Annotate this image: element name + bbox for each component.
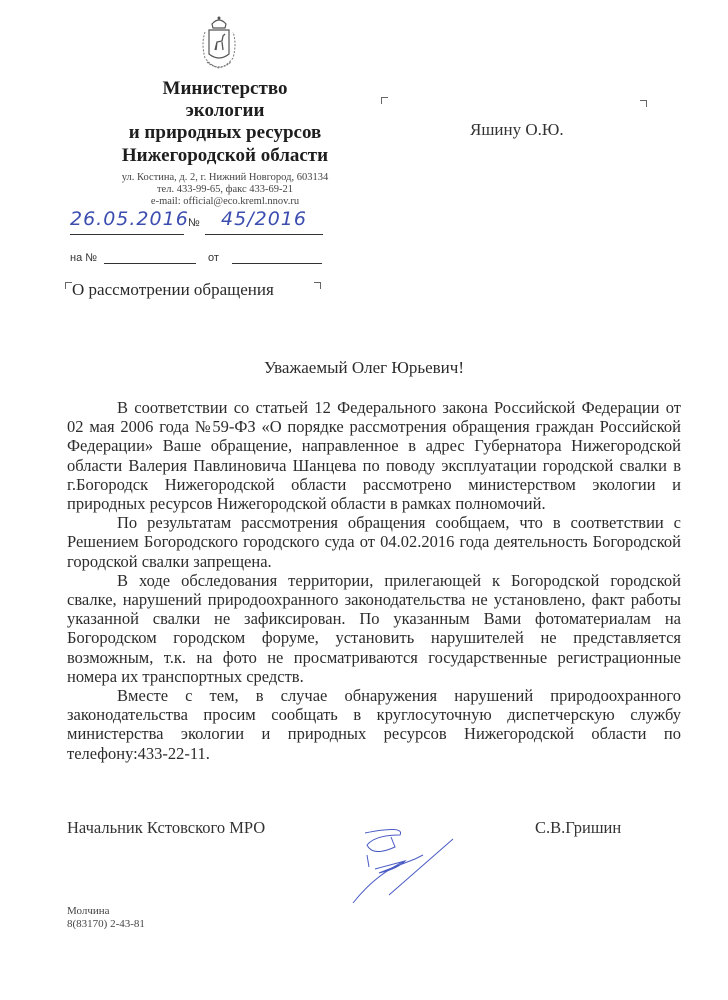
date-handwritten: 26.05.2016: [70, 208, 189, 230]
paragraph-2: По результатам рассмотрения обращения со…: [67, 513, 681, 571]
subject-line: О рассмотрении обращения: [72, 280, 274, 300]
number-handwritten: 45/2016: [221, 208, 307, 230]
recipient-bracket-left: [381, 97, 388, 104]
ministry-name-line-3: и природных ресурсов: [100, 122, 350, 144]
recipient-bracket-right: [640, 100, 647, 107]
subject-bracket-right: [314, 282, 321, 289]
reference-from-field: [232, 249, 322, 264]
executor-phone: 8(83170) 2-43-81: [67, 918, 145, 930]
coat-of-arms-icon: [195, 14, 243, 76]
reference-number-label: на №: [70, 252, 97, 264]
reference-from-label: от: [208, 252, 219, 264]
recipient-name: Яшину О.Ю.: [470, 120, 564, 140]
number-field: 45/2016: [205, 208, 323, 235]
executor-name: Молчина: [67, 905, 110, 917]
paragraph-4: Вместе с тем, в случае обнаружения наруш…: [67, 686, 681, 763]
handwritten-signature-icon: [345, 825, 465, 905]
paragraph-1: В соответствии со статьей 12 Федеральног…: [67, 398, 681, 513]
reference-number-field: [104, 249, 196, 264]
ministry-email: e-mail: official@eco.kreml.nnov.ru: [100, 196, 350, 208]
paragraph-3: В ходе обследования территории, прилегаю…: [67, 571, 681, 686]
ministry-address: ул. Костина, д. 2, г. Нижний Новгород, 6…: [100, 172, 350, 184]
subject-bracket-left: [65, 282, 72, 289]
ministry-name-line-2: экологии: [100, 100, 350, 122]
date-field: 26.05.2016: [70, 208, 184, 235]
ministry-phone-fax: тел. 433-99-65, факс 433-69-21: [100, 184, 350, 196]
signatory-name: С.В.Гришин: [535, 818, 621, 838]
ministry-name-line-4: Нижегородской области: [100, 145, 350, 167]
salutation: Уважаемый Олег Юрьевич!: [0, 358, 728, 378]
number-label: №: [188, 217, 200, 229]
ministry-name-line-1: Министерство: [100, 78, 350, 100]
letter-body: В соответствии со статьей 12 Федеральног…: [67, 398, 681, 763]
signatory-position: Начальник Кстовского МРО: [67, 818, 265, 838]
